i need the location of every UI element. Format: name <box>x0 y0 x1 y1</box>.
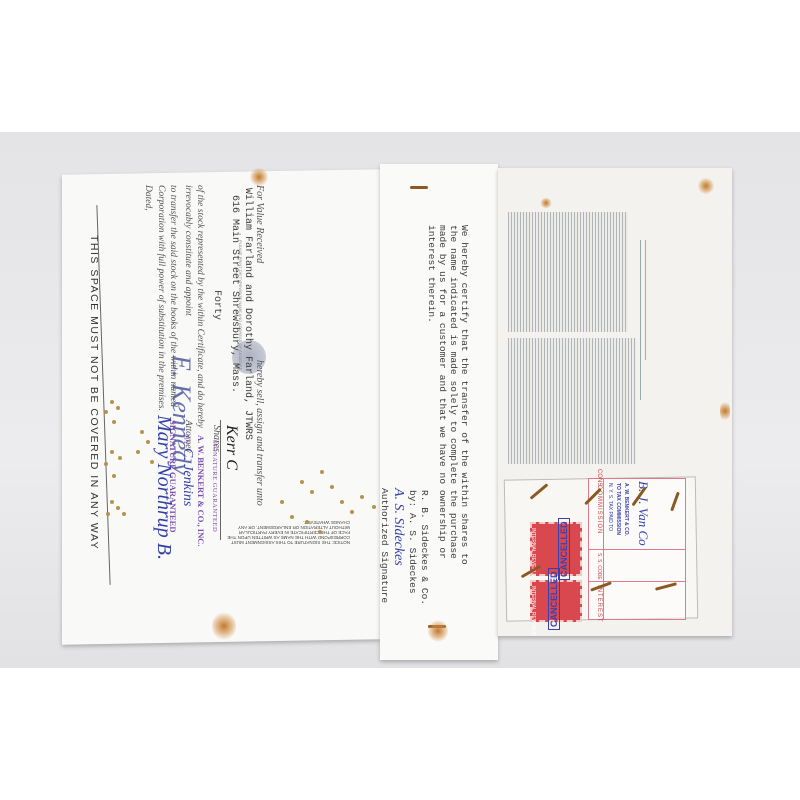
tax-header-2: CONS <box>596 469 602 486</box>
staple <box>410 186 428 189</box>
certification-text: We hereby certify that the transfer of t… <box>426 225 470 565</box>
fine-print-caption-2 <box>645 240 646 360</box>
guarantee-signature: Mary Northrup B. <box>152 415 175 560</box>
broker-by-line: by: A. S. Sideckes <box>407 490 418 594</box>
corporation-clause: Corporation with full power of substitut… <box>156 185 166 411</box>
for-value-received: For Value Received <box>254 185 265 263</box>
rust-stain <box>428 620 448 642</box>
guarantee-firm: A. W. BENKERT & CO., INC. <box>196 435 206 546</box>
fine-print-block-bottom <box>508 338 636 464</box>
guarantee-by-signature: C. Jenkins <box>179 448 195 506</box>
rust-stain <box>212 612 236 640</box>
assignee-name: William Farland and Dorothy Farland, JTW… <box>242 188 253 440</box>
attorney-clause: irrevocably constitute and appoint <box>183 185 193 316</box>
rust-stain <box>698 178 714 194</box>
authorized-signature-label: Authorized Signature <box>379 488 390 603</box>
tax-row-sub: S. S. CODE <box>596 553 602 580</box>
hereby-clause: hereby sell, assign and transfer unto <box>254 360 265 506</box>
guarantee-by: BY <box>182 435 190 445</box>
guarantee-title: SIGNATURE GUARANTEED <box>211 440 218 532</box>
broker-firm: R. B. Sideckes & Co. <box>419 490 430 605</box>
tax-row-label: INTEREST <box>596 585 602 623</box>
share-count: Forty <box>211 290 222 320</box>
tax-line-3: A. W. BENKERT & CO. <box>623 483 629 536</box>
stamp-label-2: INTERNAL REVENUE <box>530 586 536 636</box>
assignee-address: 616 Main Street Shrewsbury, Mass. <box>229 195 240 393</box>
tax-line-1: N. Y. S. TAX PAID TO <box>607 483 613 531</box>
witness-mark: Kerr C <box>222 425 240 470</box>
certification-body: We hereby certify that the transfer of t… <box>426 225 470 565</box>
cancelled-mark-2: CANCELLED <box>548 569 560 631</box>
margin-warning: THIS SPACE MUST NOT BE COVERED IN ANY WA… <box>88 235 100 550</box>
notice-text: NOTICE: THE SIGNATURE TO THIS ASSIGNMENT… <box>227 520 350 545</box>
broker-signature: A. S. Sideckes <box>390 488 406 566</box>
fine-print-caption <box>640 240 641 400</box>
stock-clause: of the stock represented by the within C… <box>195 185 205 428</box>
fine-print-block-top <box>508 212 628 332</box>
assignment-notice: NOTICE: THE SIGNATURE TO THIS ASSIGNMENT… <box>220 520 350 545</box>
rust-stain <box>250 168 268 186</box>
dated-label: Dated, <box>143 185 153 211</box>
rust-stain <box>720 400 730 422</box>
rust-stain <box>540 198 552 208</box>
tax-line-2: TO TAX COMMISSION <box>615 483 621 535</box>
